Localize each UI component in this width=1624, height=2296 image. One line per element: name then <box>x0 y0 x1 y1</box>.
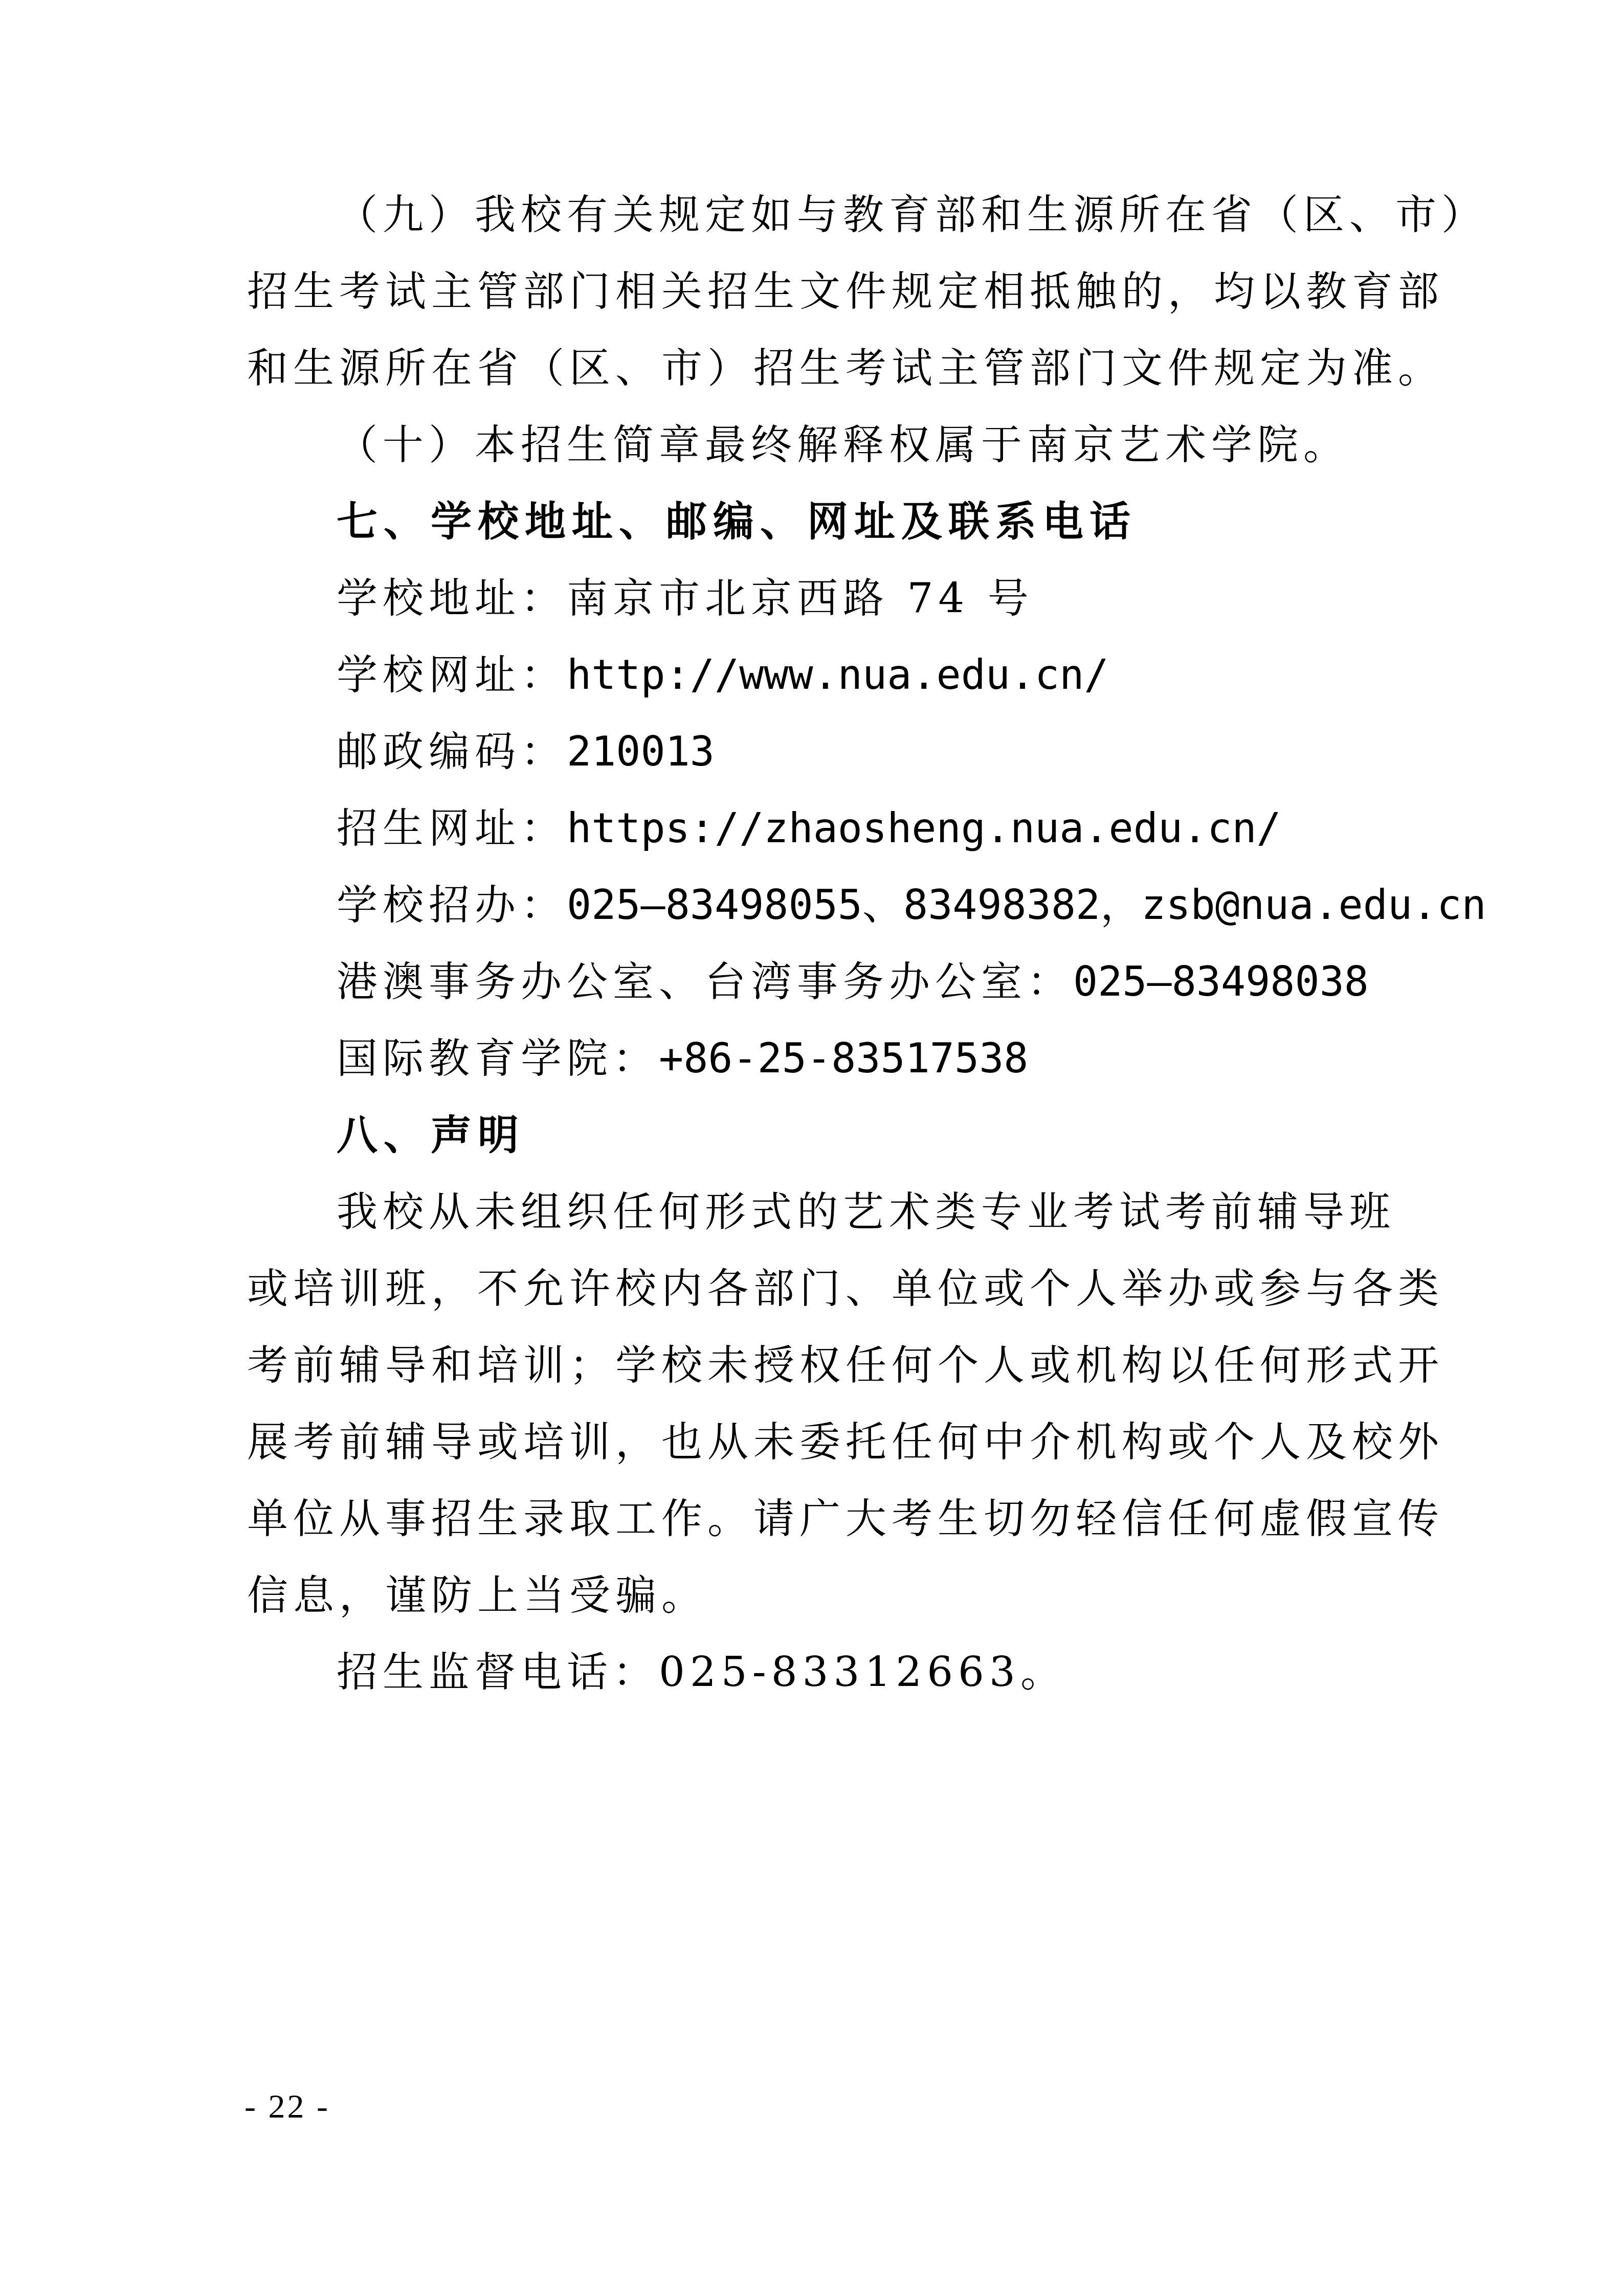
contact-international-college: 国际教育学院：+86-25-83517538 <box>247 1020 1387 1097</box>
statement-line-3: 考前辅导和培训；学校未授权任何个人或机构以任何形式开 <box>247 1327 1387 1404</box>
postal-code-value: 210013 <box>567 728 715 775</box>
supervision-phone: 招生监督电话：025-83312663。 <box>247 1634 1387 1710</box>
postal-code-label: 邮政编码： <box>337 728 567 775</box>
statement-line-5: 单位从事招生录取工作。请广大考生切勿轻信任何虚假宣传 <box>247 1480 1387 1557</box>
page-content: （九）我校有关规定如与教育部和生源所在省（区、市） 招生考试主管部门相关招生文件… <box>247 176 1387 1710</box>
school-website-link[interactable]: http://www.nua.edu.cn/ <box>567 651 1109 699</box>
contact-admissions-website: 招生网址：https://zhaosheng.nua.edu.cn/ <box>247 790 1387 867</box>
admissions-website-link[interactable]: https://zhaosheng.nua.edu.cn/ <box>567 804 1281 852</box>
clause-10: （十）本招生简章最终解释权属于南京艺术学院。 <box>247 407 1387 483</box>
contact-school-website: 学校网址：http://www.nua.edu.cn/ <box>247 637 1387 713</box>
statement-line-6: 信息，谨防上当受骗。 <box>247 1557 1387 1634</box>
admissions-office-label: 学校招办： <box>337 881 567 929</box>
statement-line-4: 展考前辅导或培训，也从未委托任何中介机构或个人及校外 <box>247 1404 1387 1480</box>
contact-address-label: 学校地址： <box>337 574 567 622</box>
contact-address: 学校地址：南京市北京西路 74 号 <box>247 560 1387 637</box>
clause-9-line-1: （九）我校有关规定如与教育部和生源所在省（区、市） <box>247 176 1387 253</box>
contact-postal-code: 邮政编码：210013 <box>247 713 1387 790</box>
contact-address-value: 南京市北京西路 74 号 <box>567 574 1034 622</box>
international-college-phone: +86-25-83517538 <box>659 1034 1028 1082</box>
statement-line-2: 或培训班，不允许校内各部门、单位或个人举办或参与各类 <box>247 1250 1387 1327</box>
clause-9-line-2: 招生考试主管部门相关招生文件规定相抵触的，均以教育部 <box>247 253 1387 330</box>
admissions-office-value: 025—83498055、83498382，zsb@nua.edu.cn <box>567 881 1486 929</box>
hmt-office-label: 港澳事务办公室、台湾事务办公室： <box>337 958 1073 1005</box>
school-website-label: 学校网址： <box>337 651 567 699</box>
page-number: - 22 - <box>244 2087 330 2126</box>
clause-9-line-3: 和生源所在省（区、市）招生考试主管部门文件规定为准。 <box>247 330 1387 407</box>
hmt-office-phone: 025—83498038 <box>1073 958 1369 1005</box>
contact-admissions-office: 学校招办：025—83498055、83498382，zsb@nua.edu.c… <box>247 867 1387 943</box>
admissions-website-label: 招生网址： <box>337 804 567 852</box>
contact-hk-macao-taiwan-office: 港澳事务办公室、台湾事务办公室：025—83498038 <box>247 943 1387 1020</box>
section-7-heading: 七、学校地址、邮编、网址及联系电话 <box>247 483 1387 560</box>
statement-line-1: 我校从未组织任何形式的艺术类专业考试考前辅导班 <box>247 1174 1387 1250</box>
international-college-label: 国际教育学院： <box>337 1034 659 1082</box>
document-page: （九）我校有关规定如与教育部和生源所在省（区、市） 招生考试主管部门相关招生文件… <box>0 0 1624 2296</box>
section-8-heading: 八、声明 <box>247 1097 1387 1174</box>
